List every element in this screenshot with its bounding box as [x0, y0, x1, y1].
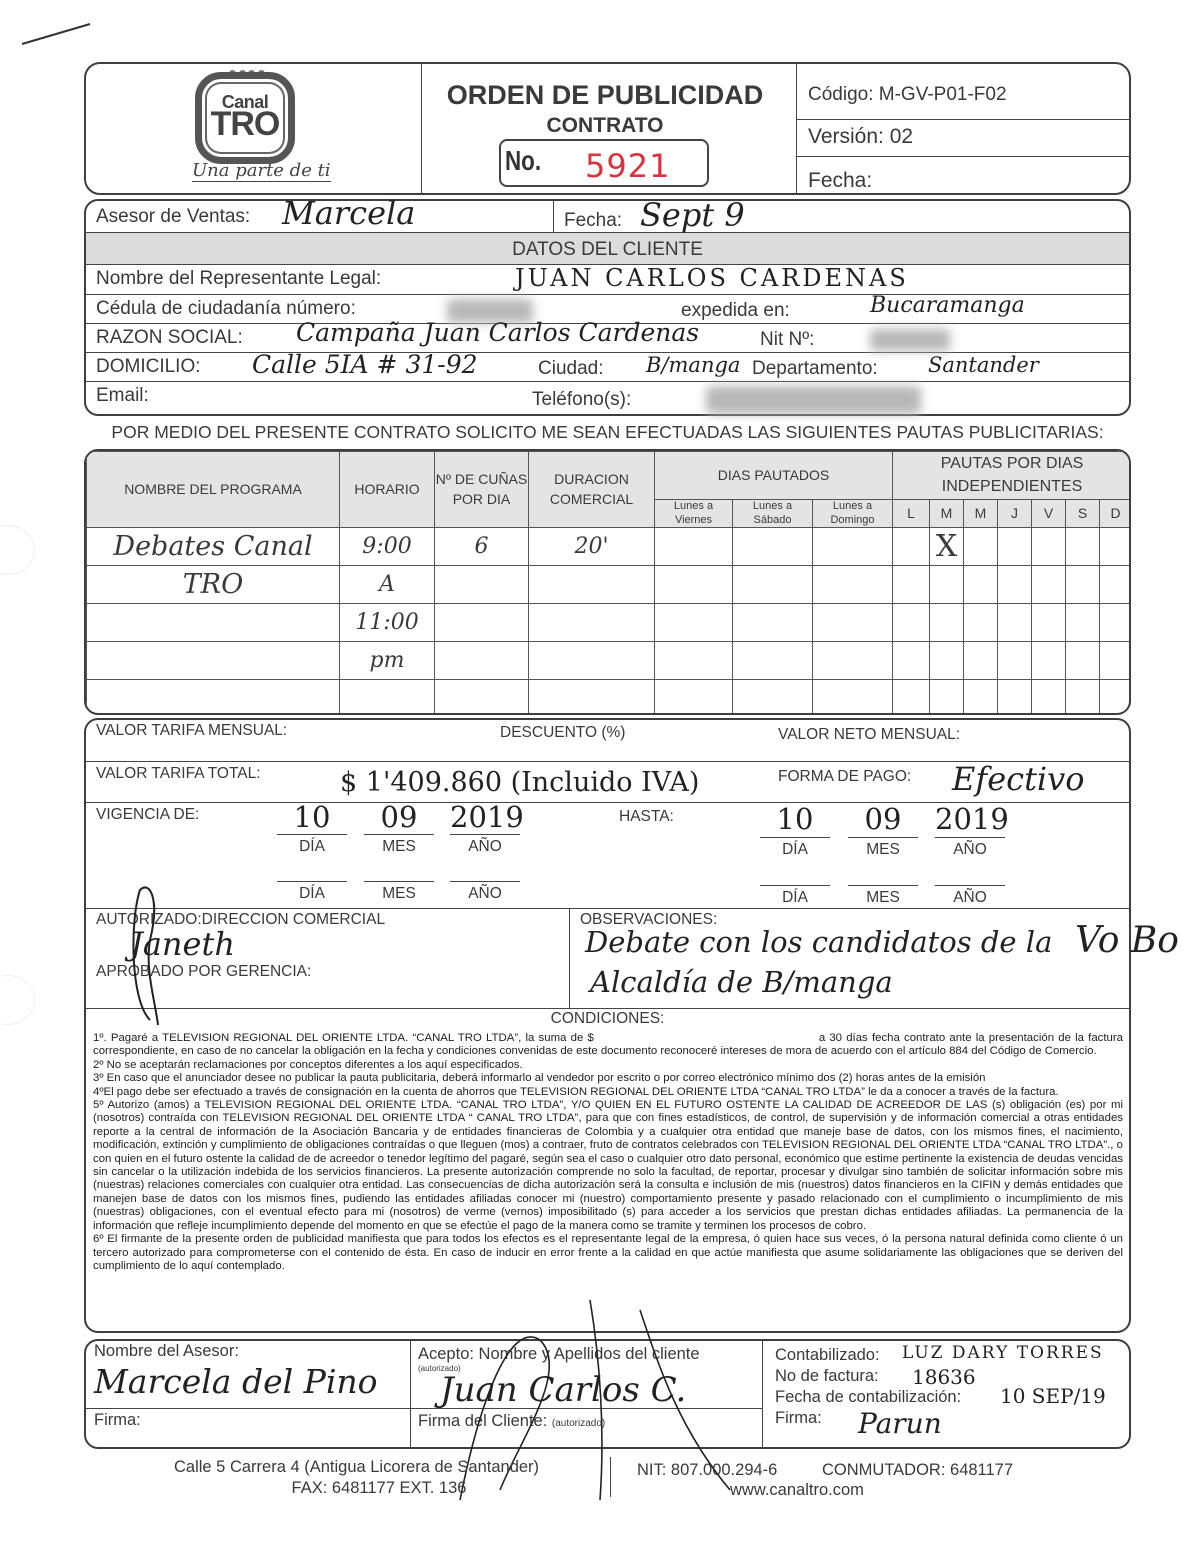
form-version: Versión: 02	[808, 125, 913, 149]
departamento-value[interactable]: Santander	[928, 353, 1039, 377]
cedula-label: Cédula de ciudadanía número:	[96, 298, 356, 320]
anio-label: AÑO	[450, 838, 520, 856]
cunas-cell[interactable]	[435, 604, 529, 642]
col-day-v: V	[1032, 500, 1066, 528]
client-section-title: DATOS DEL CLIENTE	[86, 239, 1129, 261]
punch-hole-mark	[0, 525, 35, 575]
cell[interactable]	[893, 680, 930, 716]
horario-cell[interactable]: 11:00	[340, 604, 435, 642]
fecha-contabilizacion-value[interactable]: 10 SEP/19	[1000, 1384, 1106, 1408]
condicion-1a: 1º. Pagaré a TELEVISION REGIONAL DEL ORI…	[93, 1032, 594, 1044]
table-row: pm	[87, 642, 1132, 680]
cell[interactable]	[998, 566, 1032, 604]
hasta-anio-value[interactable]: 2019	[935, 802, 1005, 836]
cell[interactable]	[930, 642, 964, 680]
expedida-value[interactable]: Bucaramanga	[870, 293, 1025, 318]
cell[interactable]	[893, 642, 930, 680]
col-day-l: L	[893, 500, 930, 528]
cunas-cell[interactable]	[435, 642, 529, 680]
divider	[85, 232, 1130, 233]
horario-cell[interactable]: pm	[340, 642, 435, 680]
dia-label: DÍA	[277, 885, 347, 903]
fecha-contabilizacion-label: Fecha de contabilización:	[775, 1388, 961, 1407]
cell[interactable]	[733, 604, 813, 642]
forma-pago-value[interactable]: Efectivo	[952, 760, 1085, 798]
firma-contabilizacion-value[interactable]: Parun	[858, 1407, 942, 1440]
cell[interactable]	[1066, 566, 1100, 604]
cell[interactable]	[998, 604, 1032, 642]
cell[interactable]	[930, 566, 964, 604]
cell[interactable]	[733, 680, 813, 716]
razon-social-value[interactable]: Campaña Juan Carlos Cardenas	[296, 318, 699, 347]
mes-label: MES	[364, 885, 434, 903]
footer-nit: NIT: 807.000.294-6	[637, 1461, 777, 1480]
cell[interactable]	[813, 566, 893, 604]
cell[interactable]	[655, 528, 733, 566]
ciudad-value[interactable]: B/manga	[646, 353, 740, 377]
cell[interactable]	[964, 642, 998, 680]
vigencia-label: VIGENCIA DE:	[96, 806, 199, 824]
cell[interactable]	[1032, 566, 1066, 604]
horario-cell[interactable]: A	[340, 566, 435, 604]
forma-pago-label: FORMA DE PAGO:	[778, 768, 911, 786]
footer-website[interactable]: www.canaltro.com	[730, 1481, 864, 1500]
col-programa: NOMBRE DEL PROGRAMA	[87, 452, 340, 528]
date-underline	[277, 881, 347, 882]
condicion-2: 2º No se aceptarán reclamaciones por con…	[93, 1059, 1123, 1072]
cell[interactable]	[998, 528, 1032, 566]
col-day-m1: M	[930, 500, 964, 528]
cell[interactable]	[655, 642, 733, 680]
observaciones-line1[interactable]: Debate con los candidatos de la	[585, 925, 1052, 959]
cell[interactable]	[1032, 604, 1066, 642]
cell[interactable]	[1066, 680, 1100, 716]
cell[interactable]	[1032, 528, 1066, 566]
condicion-6: 6º El firmante de la presente orden de p…	[93, 1233, 1123, 1273]
divider	[762, 1340, 763, 1448]
razon-social-label: RAZON SOCIAL:	[96, 327, 243, 349]
header-fecha-label: Fecha:	[808, 169, 872, 193]
representante-value[interactable]: JUAN CARLOS CARDENAS	[515, 264, 909, 292]
horario-cell[interactable]	[340, 680, 435, 716]
date-underline	[848, 837, 918, 838]
contabilizado-value[interactable]: LUZ DARY TORRES	[902, 1343, 1104, 1363]
departamento-label: Departamento:	[752, 358, 878, 380]
day-mark-cell[interactable]: X	[930, 528, 964, 566]
schedule-table: NOMBRE DEL PROGRAMA HORARIO Nº DE CUÑAS …	[84, 449, 1131, 715]
footer-address: Calle 5 Carrera 4 (Antigua Licorera de S…	[174, 1458, 539, 1477]
factura-value[interactable]: 18636	[912, 1365, 976, 1389]
dia-label: DÍA	[760, 889, 830, 907]
date-underline	[450, 834, 520, 835]
table-row: 11:00	[87, 604, 1132, 642]
asesor-fecha-value[interactable]: Sept 9	[640, 196, 745, 234]
col-dias-pautados: DIAS PAUTADOS	[655, 452, 893, 500]
date-underline	[277, 834, 347, 835]
cunas-cell[interactable]	[435, 680, 529, 716]
cell[interactable]	[733, 642, 813, 680]
cell[interactable]	[813, 680, 893, 716]
neto-mensual-label: VALOR NETO MENSUAL:	[778, 726, 960, 744]
col-cunas: Nº DE CUÑAS POR DIA	[435, 452, 529, 528]
cell[interactable]	[964, 680, 998, 716]
col-day-s: S	[1066, 500, 1100, 528]
telefono-value-redacted[interactable]	[706, 386, 921, 414]
cell[interactable]	[1100, 566, 1131, 604]
programa-cell[interactable]	[87, 604, 340, 642]
cell[interactable]	[893, 566, 930, 604]
duracion-cell[interactable]	[529, 566, 655, 604]
col-day-j: J	[998, 500, 1032, 528]
observaciones-line2[interactable]: Alcaldía de B/manga	[590, 965, 893, 999]
divider	[797, 119, 1130, 120]
cell[interactable]	[930, 604, 964, 642]
telefono-label: Teléfono(s):	[532, 389, 631, 411]
cell[interactable]	[813, 604, 893, 642]
date-underline	[364, 881, 434, 882]
col-day-d: D	[1100, 500, 1131, 528]
footer-conmutador: CONMUTADOR: 6481177	[822, 1461, 1013, 1480]
divider	[553, 200, 554, 232]
ciudad-label: Ciudad:	[538, 358, 604, 380]
date-underline	[935, 885, 1005, 886]
cell[interactable]	[813, 642, 893, 680]
table-row: TRO A	[87, 566, 1132, 604]
contract-number-value: 5921	[585, 147, 670, 185]
domicilio-value[interactable]: Calle 5IA # 31-92	[252, 350, 478, 379]
cell[interactable]	[964, 566, 998, 604]
cell[interactable]	[1100, 642, 1131, 680]
tarifa-mensual-label: VALOR TARIFA MENSUAL:	[96, 722, 287, 740]
divider	[796, 63, 797, 194]
condicion-5: 5º Autorizo (amos) a TELEVISION REGIONAL…	[93, 1099, 1123, 1233]
document-title: ORDEN DE PUBLICIDAD	[420, 80, 790, 111]
cell[interactable]	[813, 528, 893, 566]
cell[interactable]	[655, 604, 733, 642]
logo-tro-text: TRO	[203, 105, 287, 144]
date-underline	[450, 881, 520, 882]
asesor-fecha-label: Fecha:	[564, 210, 622, 232]
condiciones-title: CONDICIONES:	[85, 1010, 1130, 1028]
date-underline	[935, 837, 1005, 838]
divider	[85, 908, 1130, 909]
cell[interactable]	[964, 604, 998, 642]
mes-label: MES	[848, 889, 918, 907]
cell[interactable]	[1066, 528, 1100, 566]
cell[interactable]	[655, 680, 733, 716]
col-independientes: PAUTAS POR DIAS INDEPENDIENTES	[893, 452, 1131, 500]
hasta-label: HASTA:	[619, 808, 674, 826]
dia-label: DÍA	[277, 838, 347, 856]
representante-label: Nombre del Representante Legal:	[96, 268, 381, 290]
mes-label: MES	[848, 841, 918, 859]
anio-label: AÑO	[935, 841, 1005, 859]
programa-cell[interactable]	[87, 680, 340, 716]
asesor-value[interactable]: Marcela	[282, 194, 415, 232]
hasta-dia-value[interactable]: 10	[760, 802, 830, 836]
cell[interactable]	[998, 680, 1032, 716]
logo-slogan: Una parte de ti	[192, 160, 331, 182]
pen-stroke-mark	[18, 20, 98, 50]
cell[interactable]	[1066, 604, 1100, 642]
col-horario: HORARIO	[340, 452, 435, 528]
nit-value-redacted[interactable]	[870, 329, 950, 351]
cell[interactable]	[655, 566, 733, 604]
descuento-label: DESCUENTO (%)	[500, 724, 625, 742]
condicion-1: 1º. Pagaré a TELEVISION REGIONAL DEL ORI…	[93, 1032, 1123, 1059]
col-duracion: DURACION COMERCIAL	[529, 452, 655, 528]
firma-asesor-label: Firma:	[94, 1411, 141, 1430]
cell[interactable]	[998, 642, 1032, 680]
duracion-cell[interactable]	[529, 642, 655, 680]
margin-vobo-note: Vo Bo	[1075, 920, 1179, 961]
factura-label: No de factura:	[775, 1367, 879, 1386]
condicion-3: 3º En caso que el anunciador desee no pu…	[93, 1072, 1123, 1085]
table-row: Debates Canal 9:00 6 20' X	[87, 528, 1132, 566]
contabilizado-label: Contabilizado:	[775, 1346, 880, 1365]
tarifa-total-value[interactable]: $ 1'409.860 (Incluido IVA)	[340, 767, 699, 798]
contract-number-label: No.	[505, 145, 541, 177]
desde-dia-value[interactable]: 10	[277, 800, 347, 834]
divider	[85, 381, 1130, 382]
cell[interactable]	[1100, 528, 1131, 566]
date-underline	[760, 885, 830, 886]
tarifa-total-label: VALOR TARIFA TOTAL:	[96, 765, 261, 783]
col-lunes-sabado: Lunes a Sábado	[733, 500, 813, 528]
domicilio-label: DOMICILIO:	[96, 356, 201, 378]
cell[interactable]	[1032, 680, 1066, 716]
date-underline	[364, 834, 434, 835]
nit-label: Nit Nº:	[760, 329, 814, 351]
cell[interactable]	[893, 604, 930, 642]
date-underline	[760, 837, 830, 838]
punch-hole-mark	[0, 975, 35, 1025]
date-underline	[848, 885, 918, 886]
email-label: Email:	[96, 385, 149, 407]
duracion-cell[interactable]	[529, 680, 655, 716]
anio-label: AÑO	[935, 889, 1005, 907]
anio-label: AÑO	[450, 885, 520, 903]
col-lunes-viernes: Lunes a Viernes	[655, 500, 733, 528]
footer-fax: FAX: 6481177 EXT. 136	[174, 1479, 584, 1498]
horario-cell[interactable]: 9:00	[340, 528, 435, 566]
desde-anio-value[interactable]: 2019	[450, 800, 520, 834]
firma-contabilizacion-label: Firma:	[775, 1409, 822, 1428]
desde-mes-value[interactable]: 09	[364, 800, 434, 834]
divider	[410, 1340, 411, 1448]
asesor-label: Asesor de Ventas:	[96, 206, 250, 228]
hasta-mes-value[interactable]: 09	[848, 802, 918, 836]
cell[interactable]	[893, 528, 930, 566]
divider	[569, 908, 570, 1008]
intro-statement: POR MEDIO DEL PRESENTE CONTRATO SOLICITO…	[84, 422, 1131, 443]
document-subtitle: CONTRATO	[420, 114, 790, 138]
programa-cell[interactable]: Debates Canal	[87, 528, 340, 566]
dia-label: DÍA	[760, 841, 830, 859]
divider	[85, 1008, 1130, 1009]
programa-cell[interactable]	[87, 642, 340, 680]
cell[interactable]	[1100, 680, 1131, 716]
cell[interactable]	[1100, 604, 1131, 642]
signature-stroke-icon	[120, 880, 180, 1030]
programa-cell[interactable]: TRO	[87, 566, 340, 604]
cunas-cell[interactable]	[435, 566, 529, 604]
divider	[610, 1457, 611, 1497]
cell[interactable]	[964, 528, 998, 566]
condiciones-text: 1º. Pagaré a TELEVISION REGIONAL DEL ORI…	[93, 1032, 1123, 1273]
nombre-asesor-value[interactable]: Marcela del Pino	[94, 1362, 378, 1401]
cell[interactable]	[733, 528, 813, 566]
condicion-4: 4ºEl pago debe ser efectuado a través de…	[93, 1086, 1123, 1099]
duracion-cell[interactable]	[529, 604, 655, 642]
divider	[797, 156, 1130, 157]
mes-label: MES	[364, 838, 434, 856]
form-code: Código: M-GV-P01-F02	[808, 84, 1007, 106]
cell[interactable]	[930, 680, 964, 716]
cell[interactable]	[1032, 642, 1066, 680]
cell[interactable]	[1066, 642, 1100, 680]
col-lunes-domingo: Lunes a Domingo	[813, 500, 893, 528]
duracion-cell[interactable]: 20'	[529, 528, 655, 566]
nombre-asesor-label: Nombre del Asesor:	[94, 1342, 239, 1361]
cell[interactable]	[733, 566, 813, 604]
col-day-m2: M	[964, 500, 998, 528]
cunas-cell[interactable]: 6	[435, 528, 529, 566]
table-row	[87, 680, 1132, 716]
